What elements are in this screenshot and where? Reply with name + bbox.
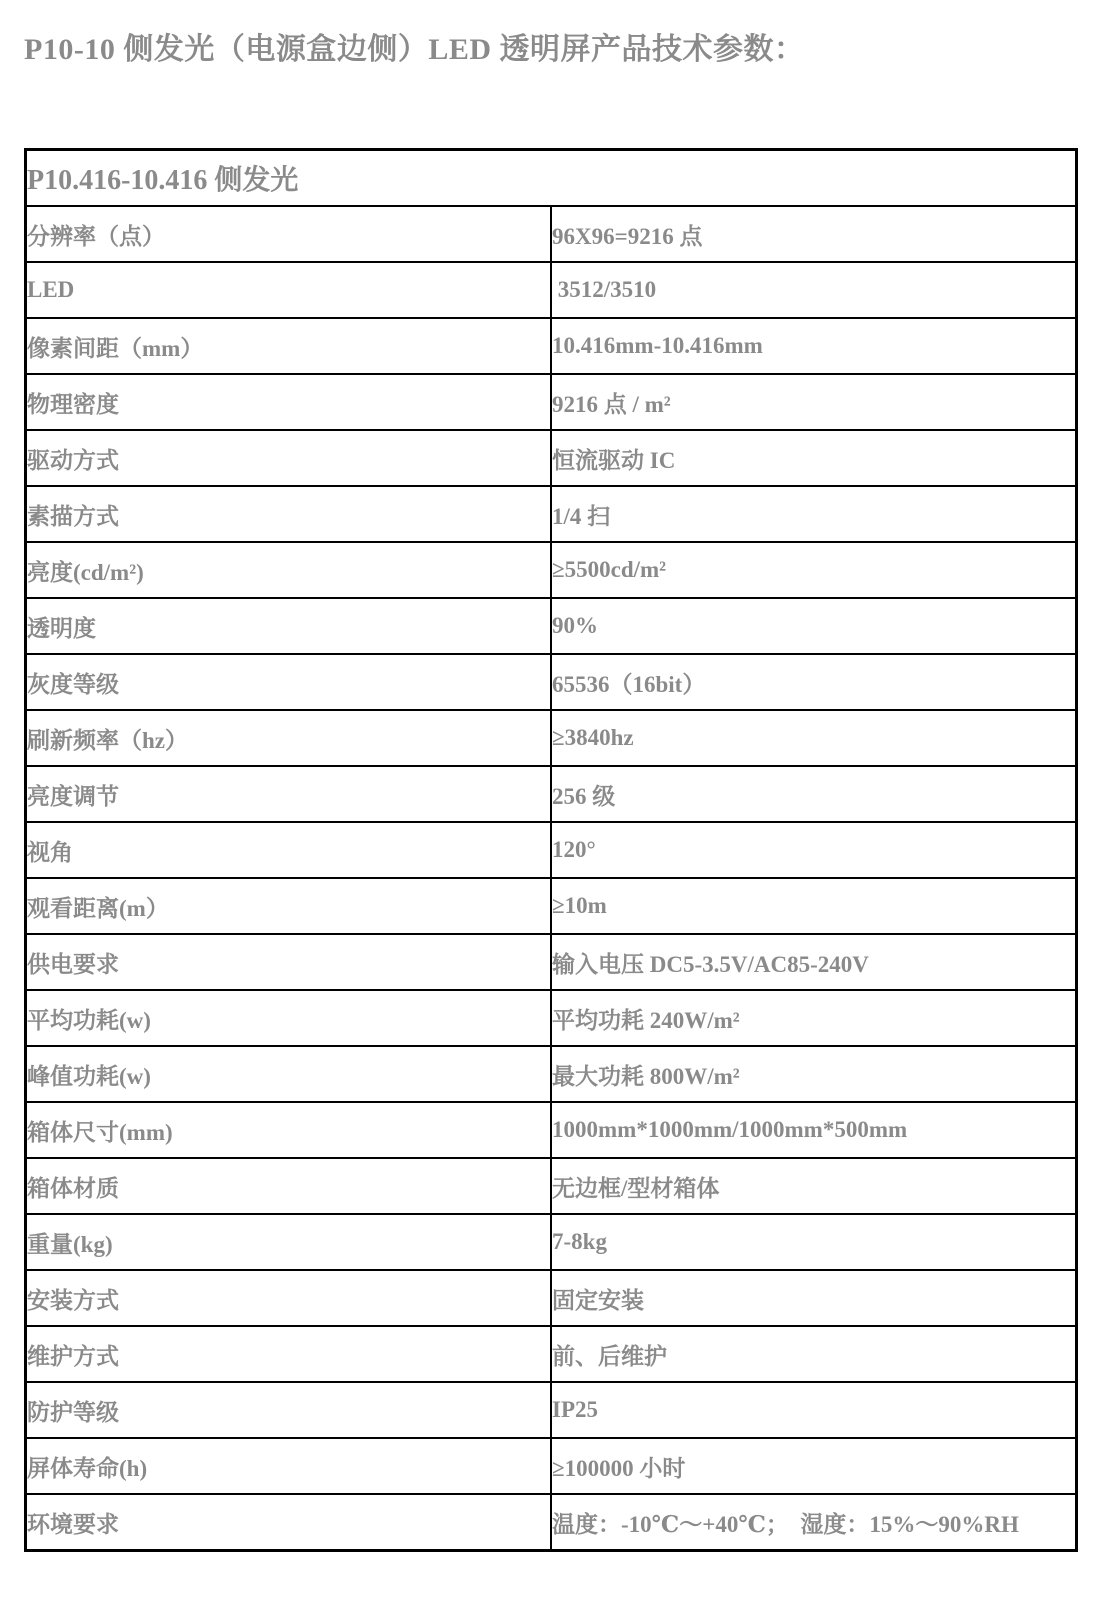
param-label: 供电要求	[26, 934, 552, 990]
param-label: 箱体材质	[26, 1158, 552, 1214]
table-row: 环境要求 温度：-10℃～+40℃； 湿度：15%～90%RH	[26, 1494, 1077, 1551]
param-label: 维护方式	[26, 1326, 552, 1382]
param-value: IP25	[551, 1382, 1077, 1438]
table-header-row: P10.416-10.416 侧发光	[26, 150, 1077, 207]
table-header: P10.416-10.416 侧发光	[26, 150, 1077, 207]
table-row: LED 3512/3510	[26, 262, 1077, 318]
table-row: 亮度调节 256 级	[26, 766, 1077, 822]
param-label: 像素间距（mm）	[26, 318, 552, 374]
param-label: 安装方式	[26, 1270, 552, 1326]
param-value: ≥3840hz	[551, 710, 1077, 766]
param-label: 视角	[26, 822, 552, 878]
param-label: 透明度	[26, 598, 552, 654]
table-row: 维护方式 前、后维护	[26, 1326, 1077, 1382]
table-row: 亮度(cd/m²) ≥5500cd/m²	[26, 542, 1077, 598]
param-label: 平均功耗(w)	[26, 990, 552, 1046]
param-label: 屏体寿命(h)	[26, 1438, 552, 1494]
param-label: LED	[26, 262, 552, 318]
table-row: 透明度 90%	[26, 598, 1077, 654]
table-row: 箱体尺寸(mm) 1000mm*1000mm/1000mm*500mm	[26, 1102, 1077, 1158]
param-label: 重量(kg)	[26, 1214, 552, 1270]
param-label: 分辨率（点）	[26, 206, 552, 262]
table-row: 驱动方式 恒流驱动 IC	[26, 430, 1077, 486]
table-row: 安装方式 固定安装	[26, 1270, 1077, 1326]
param-label: 素描方式	[26, 486, 552, 542]
param-label: 防护等级	[26, 1382, 552, 1438]
param-value: 前、后维护	[551, 1326, 1077, 1382]
table-row: 观看距离(m） ≥10m	[26, 878, 1077, 934]
document-page: P10-10 侧发光（电源盒边侧）LED 透明屏产品技术参数： P10.416-…	[0, 0, 1101, 1600]
table-row: 峰值功耗(w) 最大功耗 800W/m²	[26, 1046, 1077, 1102]
param-value: ≥10m	[551, 878, 1077, 934]
table-row: 屏体寿命(h) ≥100000 小时	[26, 1438, 1077, 1494]
table-row: 供电要求 输入电压 DC5-3.5V/AC85-240V	[26, 934, 1077, 990]
table-row: 灰度等级 65536（16bit）	[26, 654, 1077, 710]
param-value: 7-8kg	[551, 1214, 1077, 1270]
param-value: ≥5500cd/m²	[551, 542, 1077, 598]
param-value: 平均功耗 240W/m²	[551, 990, 1077, 1046]
param-value: 90%	[551, 598, 1077, 654]
spec-table: P10.416-10.416 侧发光 分辨率（点） 96X96=9216 点 L…	[24, 148, 1078, 1552]
param-label: 刷新频率（hz）	[26, 710, 552, 766]
table-row: 物理密度 9216 点 / m²	[26, 374, 1077, 430]
table-row: 重量(kg) 7-8kg	[26, 1214, 1077, 1270]
param-value: 256 级	[551, 766, 1077, 822]
param-value: 固定安装	[551, 1270, 1077, 1326]
param-value: 最大功耗 800W/m²	[551, 1046, 1077, 1102]
table-row: 防护等级 IP25	[26, 1382, 1077, 1438]
param-value: 120°	[551, 822, 1077, 878]
param-label: 峰值功耗(w)	[26, 1046, 552, 1102]
param-value: 1/4 扫	[551, 486, 1077, 542]
param-value: 65536（16bit）	[551, 654, 1077, 710]
param-label: 观看距离(m）	[26, 878, 552, 934]
param-value: 10.416mm-10.416mm	[551, 318, 1077, 374]
page-title: P10-10 侧发光（电源盒边侧）LED 透明屏产品技术参数：	[24, 24, 805, 68]
param-value: ≥100000 小时	[551, 1438, 1077, 1494]
param-value: 温度：-10℃～+40℃； 湿度：15%～90%RH	[551, 1494, 1077, 1551]
table-row: 箱体材质 无边框/型材箱体	[26, 1158, 1077, 1214]
param-value: 输入电压 DC5-3.5V/AC85-240V	[551, 934, 1077, 990]
table-row: 视角 120°	[26, 822, 1077, 878]
table-row: 分辨率（点） 96X96=9216 点	[26, 206, 1077, 262]
param-value: 9216 点 / m²	[551, 374, 1077, 430]
param-label: 灰度等级	[26, 654, 552, 710]
table-row: 刷新频率（hz） ≥3840hz	[26, 710, 1077, 766]
param-value: 恒流驱动 IC	[551, 430, 1077, 486]
param-label: 物理密度	[26, 374, 552, 430]
param-label: 亮度调节	[26, 766, 552, 822]
param-value: 3512/3510	[551, 262, 1077, 318]
param-value: 1000mm*1000mm/1000mm*500mm	[551, 1102, 1077, 1158]
param-value: 96X96=9216 点	[551, 206, 1077, 262]
table-row: 平均功耗(w) 平均功耗 240W/m²	[26, 990, 1077, 1046]
table-row: 像素间距（mm） 10.416mm-10.416mm	[26, 318, 1077, 374]
param-label: 箱体尺寸(mm)	[26, 1102, 552, 1158]
param-label: 驱动方式	[26, 430, 552, 486]
table-row: 素描方式 1/4 扫	[26, 486, 1077, 542]
param-label: 亮度(cd/m²)	[26, 542, 552, 598]
param-label: 环境要求	[26, 1494, 552, 1551]
param-value: 无边框/型材箱体	[551, 1158, 1077, 1214]
